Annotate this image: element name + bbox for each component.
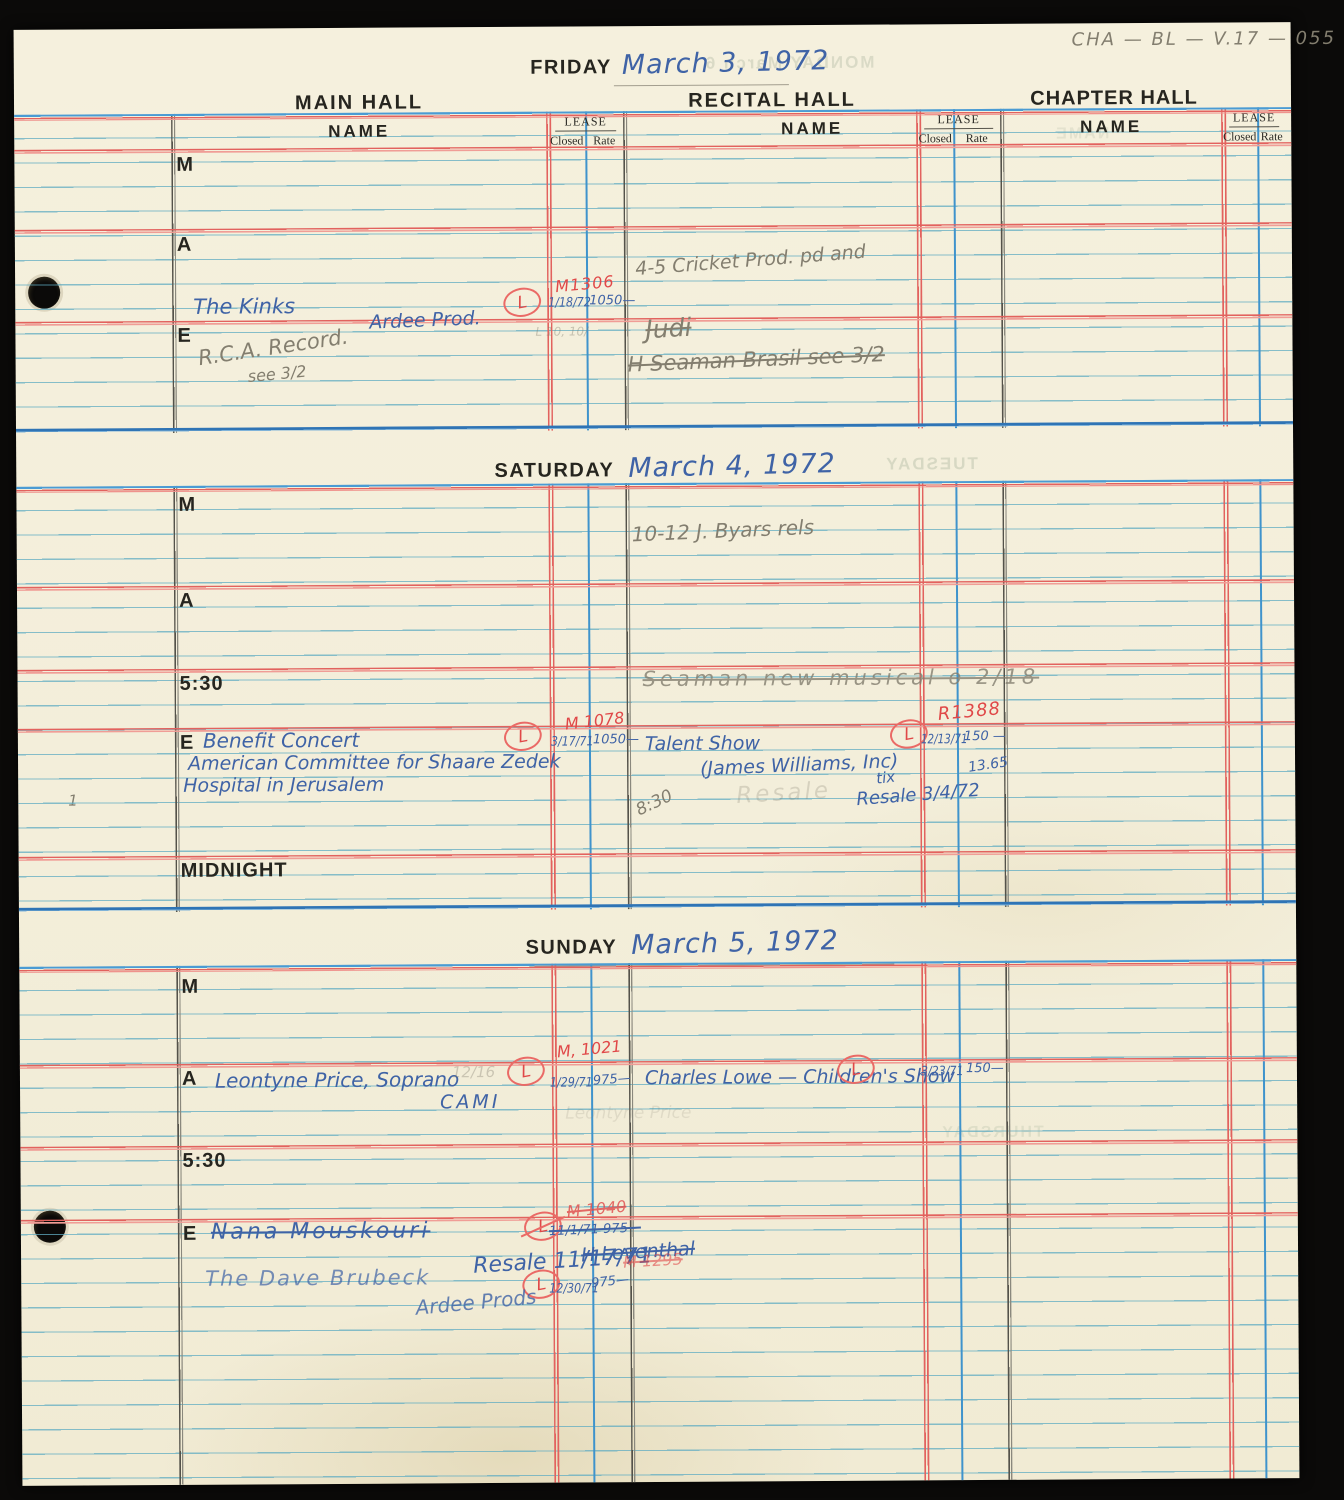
lease-closed-date: 1/29/71 [550, 1075, 593, 1090]
sunday-grid: M A 5:30 E Leontyne Price, Soprano 12/16… [19, 959, 1299, 1486]
section-saturday: SATURDAY March 4, 1972 M A 5:30 E MIDNIG… [16, 447, 1296, 913]
lease-rate: 1050— [589, 293, 635, 308]
main-lease-rule [548, 484, 556, 910]
ledger-page: CHA — BL — V.17 — 055 1 MONDAY March 6 N… [14, 22, 1300, 1486]
lease-number: M, 1021 [556, 1036, 622, 1061]
entry-leontyne-ghost: Leontyne Price [565, 1103, 691, 1124]
lease-faint-note: L 10, 10/ [535, 324, 588, 338]
friday-date: March 3, 1972 [621, 45, 829, 81]
lease-rate: 1050— [593, 732, 639, 747]
row-a: A [179, 590, 195, 613]
lease-closed-checkmark: L [505, 1054, 548, 1089]
entry-dave-brubeck: The Dave Brubeck [205, 1265, 430, 1290]
table-bottom-rule [19, 900, 1296, 913]
chapter-lease-rule [1221, 108, 1228, 427]
friday-grid: NAME NAME NAME LEASE ClosedRate LEASE Cl… [14, 107, 1293, 434]
lease-amount: 13.65 [967, 754, 1009, 776]
entry-rca-record: R.C.A. Record. [197, 324, 350, 370]
entry-hospital-jerusalem: Hospital in Jerusalem [183, 774, 384, 797]
rate-header: Rate [953, 129, 1000, 146]
closed-header: Closed [917, 129, 953, 146]
entry-talent-show: Talent Show [645, 732, 760, 755]
lease-closed-checkmark: L [501, 285, 544, 320]
main-closed-rate-divider [585, 111, 589, 430]
recital-lease-header: LEASE ClosedRate [917, 112, 1000, 145]
lease-closed-checkmark: L [502, 719, 545, 754]
row-rule-a [17, 579, 1294, 591]
row-midnight: MIDNIGHT [181, 859, 288, 883]
lease-closed-date: 3/17/71 [551, 734, 594, 749]
entry-mouskouri-struck: Nana Mouskouri [211, 1218, 431, 1244]
closed-header: Closed [548, 131, 585, 148]
entry-cami: CAMI [440, 1091, 500, 1113]
entry-benefit-concert: Benefit Concert [203, 728, 360, 753]
recital-chapter-divider [1002, 481, 1009, 907]
entry-byars: 10-12 J. Byars rels [631, 515, 814, 546]
saturday-day-label: SATURDAY [414, 459, 614, 483]
row-e: E [177, 325, 191, 348]
entry-american-committee: American Committee for Shaare Zedek [188, 751, 561, 775]
row-e: E [183, 1223, 197, 1246]
recital-lease-rule [916, 109, 923, 428]
lease-rate: 975— [591, 1272, 630, 1291]
recital-closed-rate-divider [953, 109, 957, 428]
recital-lease-rule [921, 961, 929, 1480]
lease-closed-date: 1/18/72 [548, 295, 591, 310]
entry-leontyne-price: Leontyne Price, Soprano [215, 1067, 459, 1092]
entry-james-williams: (James Williams, Inc) [700, 750, 899, 780]
ledger-scan: CHA — BL — V.17 — 055 1 MONDAY March 6 N… [0, 0, 1344, 1500]
table-left-rule [173, 486, 180, 912]
row-m: M [176, 154, 194, 177]
entry-the-kinks: The Kinks [193, 294, 295, 319]
entry-tix: tix [875, 768, 896, 788]
lease-closed-date-recital: 3/23/71 [921, 1064, 964, 1079]
chapter-name-header: NAME [1011, 117, 1211, 138]
entry-830-time: 8:30 [633, 786, 676, 820]
recital-chapter-divider [1000, 109, 1006, 428]
lease-number-recital: R1388 [937, 698, 1002, 725]
saturday-date: March 4, 1972 [628, 448, 836, 484]
recital-closed-rate-divider [958, 961, 963, 1480]
row-530: 5:30 [179, 673, 223, 696]
friday-day-label: FRIDAY [412, 56, 612, 80]
recital-lease-rule [918, 481, 926, 907]
chapter-closed-rate-divider [1257, 107, 1261, 426]
lease-closed-struck: 11/1/71 975— [549, 1221, 642, 1240]
row-m: M [178, 494, 196, 517]
recital-name-header: NAME [712, 118, 912, 139]
row-rule-a [15, 222, 1292, 234]
chapter-closed-rate-divider [1259, 479, 1263, 905]
section-friday: FRIDAY March 3, 1972 MAIN HALL RECITAL H… [14, 44, 1293, 434]
entry-ardee-prod: Ardee Prod. [369, 307, 481, 334]
main-lease-rule [546, 112, 553, 431]
lease-title: LEASE [1229, 110, 1279, 127]
chapter-lease-rule [1226, 959, 1234, 1478]
rate-header: Rate [1257, 127, 1286, 144]
lease-ref-struck: M 1295 [623, 1249, 684, 1271]
main-recital-divider [623, 111, 629, 430]
lease-title: LEASE [555, 114, 616, 131]
rate-header: Rate [585, 131, 623, 148]
recital-closed-rate-divider [955, 481, 959, 907]
lease-rate: 975— [592, 1071, 631, 1089]
row-a: A [182, 1068, 198, 1091]
entry-pencil-date: 12/16 [452, 1063, 495, 1081]
sunday-day-label: SUNDAY [417, 936, 617, 960]
entry-charles-lowe: Charles Lowe — Children's Show [645, 1065, 955, 1089]
entry-judi-struck: Judi [645, 313, 693, 345]
table-top-rule [19, 959, 1296, 973]
lease-closed-date-recital: 12/13/71 [921, 732, 968, 747]
lease-title: LEASE [924, 112, 993, 129]
sunday-date: March 5, 1972 [631, 925, 839, 961]
table-bottom-rule [16, 421, 1293, 434]
saturday-grid: M A 5:30 E MIDNIGHT 10-12 J. Byars rels … [16, 479, 1296, 913]
entry-see-32: see 3/2 [247, 362, 307, 386]
row-a: A [177, 234, 193, 257]
lease-number: M 1078 [564, 708, 625, 733]
chapter-lease-rule [1223, 480, 1231, 906]
section-sunday: SUNDAY March 5, 1972 M A 5:30 E Leontyne… [19, 922, 1299, 1486]
entry-resale-faint: Resale [736, 777, 832, 808]
chapter-lease-header: LEASE ClosedRate [1222, 110, 1286, 142]
row-m: M [181, 976, 199, 999]
row-530: 5:30 [182, 1150, 226, 1173]
chapter-closed-rate-divider [1262, 959, 1267, 1478]
header-bottom-rule [14, 142, 1291, 154]
entry-cricket-note: 4-5 Cricket Prod. pd and [634, 241, 866, 280]
main-closed-rate-divider [587, 483, 591, 909]
main-lease-header: LEASE ClosedRate [548, 114, 623, 146]
lease-rate-recital: 150 — [964, 729, 1006, 744]
closed-header: Closed [1222, 127, 1257, 144]
main-recital-divider [625, 483, 632, 909]
row-e: E [180, 732, 194, 755]
lease-rate-recital: 150— [966, 1061, 1004, 1076]
entry-resale-date: Resale 3/4/72 [856, 780, 981, 810]
recital-chapter-divider [1005, 961, 1012, 1480]
entry-seaman-brasil-struck: H Seaman Brasil see 3/2 [627, 342, 885, 377]
date-underline [614, 84, 789, 86]
main-name-header: NAME [259, 121, 459, 142]
entry-ardee-prods: Ardee Prods [414, 1285, 537, 1320]
entry-seaman-musical-struck: Seaman new musical o 2/18 [642, 665, 1039, 691]
